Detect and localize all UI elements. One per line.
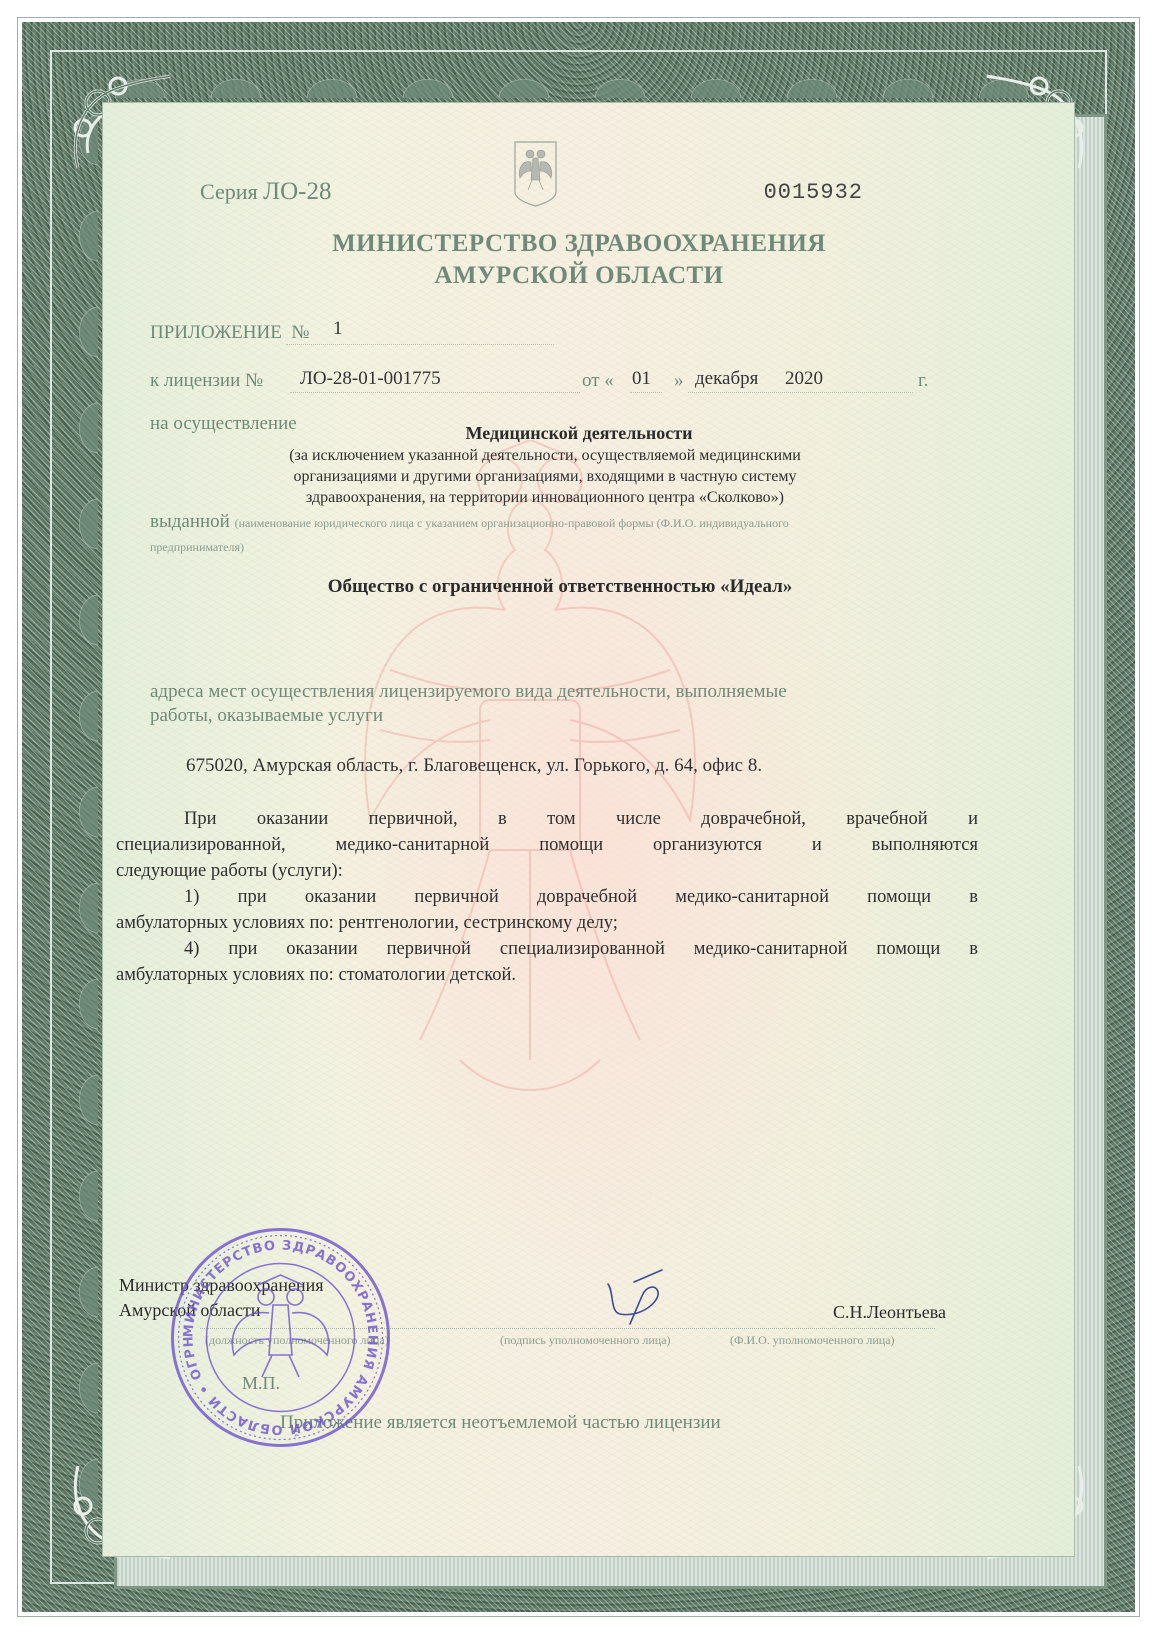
eagle-watermark-icon	[330, 440, 730, 1120]
service-item: амбулаторных условиях по: рентгенологии,…	[116, 910, 978, 936]
license-number-label: к лицензии №	[150, 370, 263, 392]
issuer-name-line2: АМУРСКОЙ ОБЛАСТИ	[0, 262, 1158, 290]
license-month: декабря	[695, 368, 758, 390]
service-item: 4) при оказании первичной специализирова…	[116, 936, 978, 962]
border-scallops	[56, 92, 98, 1542]
issued-to-note: предпринимателя)	[150, 540, 244, 555]
addresses-label: адреса мест осуществления лицензируемого…	[150, 681, 787, 703]
signatory-name: С.Н.Леонтьева	[833, 1302, 946, 1323]
caption-name: (Ф.И.О. уполномоченного лица)	[730, 1333, 895, 1348]
activity-note-line: организациями и другими организациями, в…	[0, 468, 1090, 486]
appendix-label: ПРИЛОЖЕНИЕ №	[150, 322, 309, 344]
appendix-number: 1	[333, 318, 343, 340]
serial-number: 0015932	[764, 180, 863, 205]
issued-to-note: (наименование юридического лица с указан…	[235, 516, 789, 530]
caption-signature: (подпись уполномоченного лица)	[500, 1333, 671, 1348]
series-value: ЛО-28	[263, 178, 331, 205]
issued-to-label: выданной (наименование юридического лица…	[150, 511, 789, 533]
addresses-label: работы, оказываемые услуги	[150, 705, 383, 727]
handwritten-signature-icon	[600, 1262, 680, 1332]
license-date-from-label: от «	[582, 370, 614, 392]
services-section: При оказании первичной, в том числе довр…	[116, 806, 978, 988]
border-scallops	[92, 56, 1065, 98]
service-item: 1) при оказании первичной доврачебной ме…	[116, 884, 978, 910]
svg-text:МИНИСТЕРСТВО ЗДРАВООХРАНЕНИЯ А: МИНИСТЕРСТВО ЗДРАВООХРАНЕНИЯ АМУРСКОЙ ОБ…	[168, 1225, 380, 1437]
activity-title: Медицинской деятельности	[0, 423, 1158, 444]
license-day: 01	[632, 368, 651, 390]
license-year-suffix: г.	[918, 370, 928, 392]
organization-name: Общество с ограниченной ответственностью…	[0, 576, 1120, 598]
series-label: Серия ЛО-28	[200, 178, 331, 206]
service-item: амбулаторных условиях по: стоматологии д…	[116, 962, 978, 988]
official-stamp-icon: МИНИСТЕРСТВО ЗДРАВООХРАНЕНИЯ АМУРСКОЙ ОБ…	[168, 1225, 393, 1450]
issuer-name-line1: МИНИСТЕРСТВО ЗДРАВООХРАНЕНИЯ	[0, 230, 1158, 258]
license-number: ЛО-28-01-001775	[300, 368, 441, 390]
activity-address: 675020, Амурская область, г. Благовещенс…	[186, 755, 762, 777]
russian-coat-of-arms-icon	[513, 140, 558, 208]
activity-note-line: (за исключением указанной деятельности, …	[0, 447, 1090, 465]
activity-note-line: здравоохранения, на территории инновацио…	[0, 489, 1090, 507]
license-year: 2020	[785, 368, 823, 390]
